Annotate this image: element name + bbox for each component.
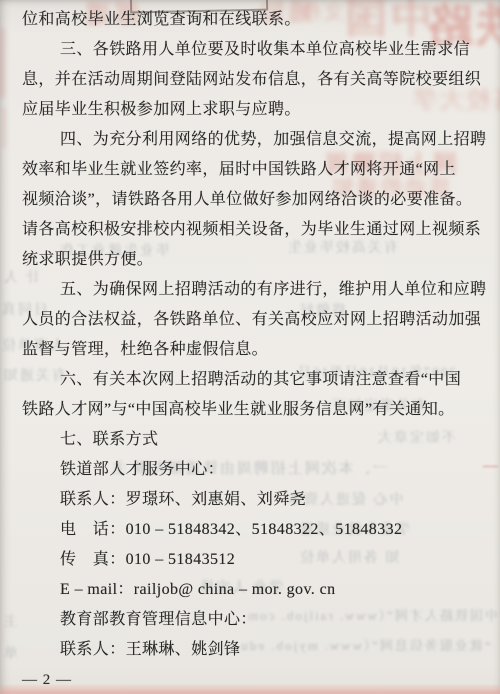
text-line: 统求职提供方便。 — [22, 245, 480, 275]
text-line: 五、为确保网上招聘活动的有序进行，维护用人单位和应聘 — [22, 275, 480, 305]
text-line: 四、为充分利用网络的优势，加强信息交流，提高网上招聘 — [22, 125, 480, 155]
bleedthrough-red-streak — [0, 28, 5, 98]
bleedthrough-mark: — — [480, 458, 498, 475]
contact-persons-moe: 联系人：王琳琳、姚剑锋 — [22, 635, 480, 665]
document-page: 部道 通知 中国 铁路 文件 高校大学 网上招聘周 活动的通知 — 毕业生就业工… — [0, 0, 500, 694]
org-name-railway-center: 铁道部人才服务中心： — [22, 455, 480, 485]
text-line: 应届毕业生积极参加网上求职与应聘。 — [22, 95, 480, 125]
text-line: 请各高校积极安排校内视频相关设备，为毕业生通过网上视频系 — [22, 215, 480, 245]
text-line: 效率和毕业生就业签约率，届时中国铁路人才网将开通“网上 — [22, 155, 480, 185]
org-name-moe-center: 教育部教育管理信息中心： — [22, 605, 480, 635]
text-line: 监督与管理，杜绝各种虚假信息。 — [22, 335, 480, 365]
text-line: 六、有关本次网上招聘活动的其它事项请注意查看“中国 — [22, 365, 480, 395]
text-line: 息，并在活动周期间登陆网站发布信息，各有关高等院校要组织 — [22, 65, 480, 95]
text-line: 三、各铁路用人单位要及时收集本单位高校毕业生需求信 — [22, 35, 480, 65]
text-line: 人员的合法权益，各铁路单位、有关高校应对网上招聘活动加强 — [22, 305, 480, 335]
contact-persons-railway: 联系人：罗璟环、刘惠娟、刘舜尧 — [22, 485, 480, 515]
text-line: 铁路人才网”与“中国高校毕业生就业服务信息网”有关通知。 — [22, 395, 480, 425]
bleedthrough-red-streak — [2, 108, 6, 148]
bleedthrough-pink-band — [0, 685, 500, 694]
bleedthrough-mark: 主 — [2, 611, 18, 631]
section-heading-contact: 七、联系方式 — [22, 425, 480, 455]
bleedthrough-mark: 单 — [2, 643, 18, 663]
email-line: E – mail：railjob@ china – mor. gov. cn — [22, 575, 480, 605]
document-text: 位和高校毕业生浏览查询和在线联系。 三、各铁路用人单位要及时收集本单位高校毕业生… — [22, 5, 480, 694]
text-line: 视频洽谈”，请铁路各用人单位做好参加网络洽谈的必要准备。 — [22, 185, 480, 215]
phone-line: 电 话：010 – 51848342、51848322、51848332 — [22, 515, 480, 545]
fax-line: 传 真：010 – 51843512 — [22, 545, 480, 575]
text-line: 位和高校毕业生浏览查询和在线联系。 — [22, 5, 480, 35]
